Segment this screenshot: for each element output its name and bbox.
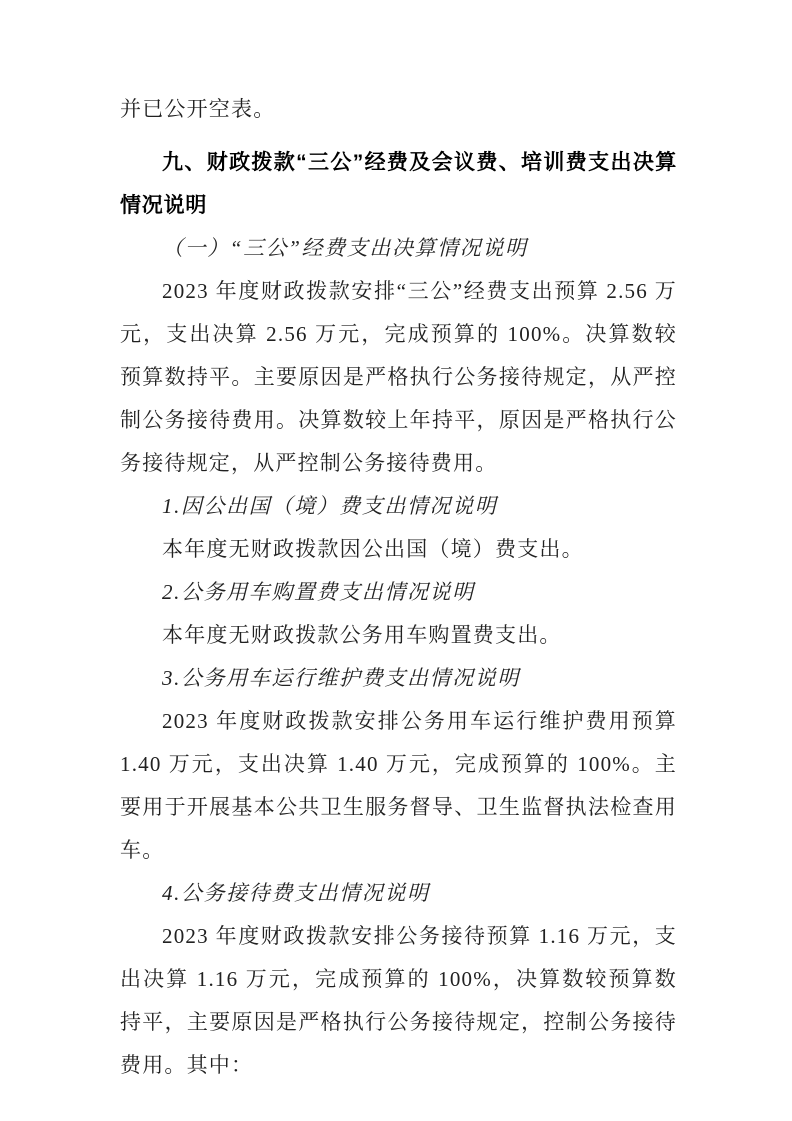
subheading-item-2-vehicle-purchase: 2.公务用车购置费支出情况说明 (120, 571, 677, 614)
paragraph-continuation: 并已公开空表。 (120, 88, 677, 131)
document-page: 并已公开空表。 九、财政拨款“三公”经费及会议费、培训费支出决算情况说明 （一）… (0, 0, 792, 1121)
subheading-item-1-abroad-expense: 1.因公出国（境）费支出情况说明 (120, 485, 677, 528)
body-paragraph-abroad-expense: 本年度无财政拨款因公出国（境）费支出。 (120, 528, 677, 571)
subheading-item-4-official-reception: 4.公务接待费支出情况说明 (120, 872, 677, 915)
subheading-item-3-vehicle-maintenance: 3.公务用车运行维护费支出情况说明 (120, 657, 677, 700)
body-paragraph-vehicle-purchase: 本年度无财政拨款公务用车购置费支出。 (120, 614, 677, 657)
body-paragraph-vehicle-maintenance: 2023 年度财政拨款安排公务用车运行维护费用预算 1.40 万元，支出决算 1… (120, 700, 677, 872)
section-heading-nine: 九、财政拨款“三公”经费及会议费、培训费支出决算情况说明 (120, 141, 677, 227)
subsection-heading-one: （一）“三公”经费支出决算情况说明 (120, 227, 677, 270)
body-paragraph-sangong-summary: 2023 年度财政拨款安排“三公”经费支出预算 2.56 万元，支出决算 2.5… (120, 270, 677, 485)
body-paragraph-official-reception: 2023 年度财政拨款安排公务接待预算 1.16 万元，支出决算 1.16 万元… (120, 915, 677, 1087)
